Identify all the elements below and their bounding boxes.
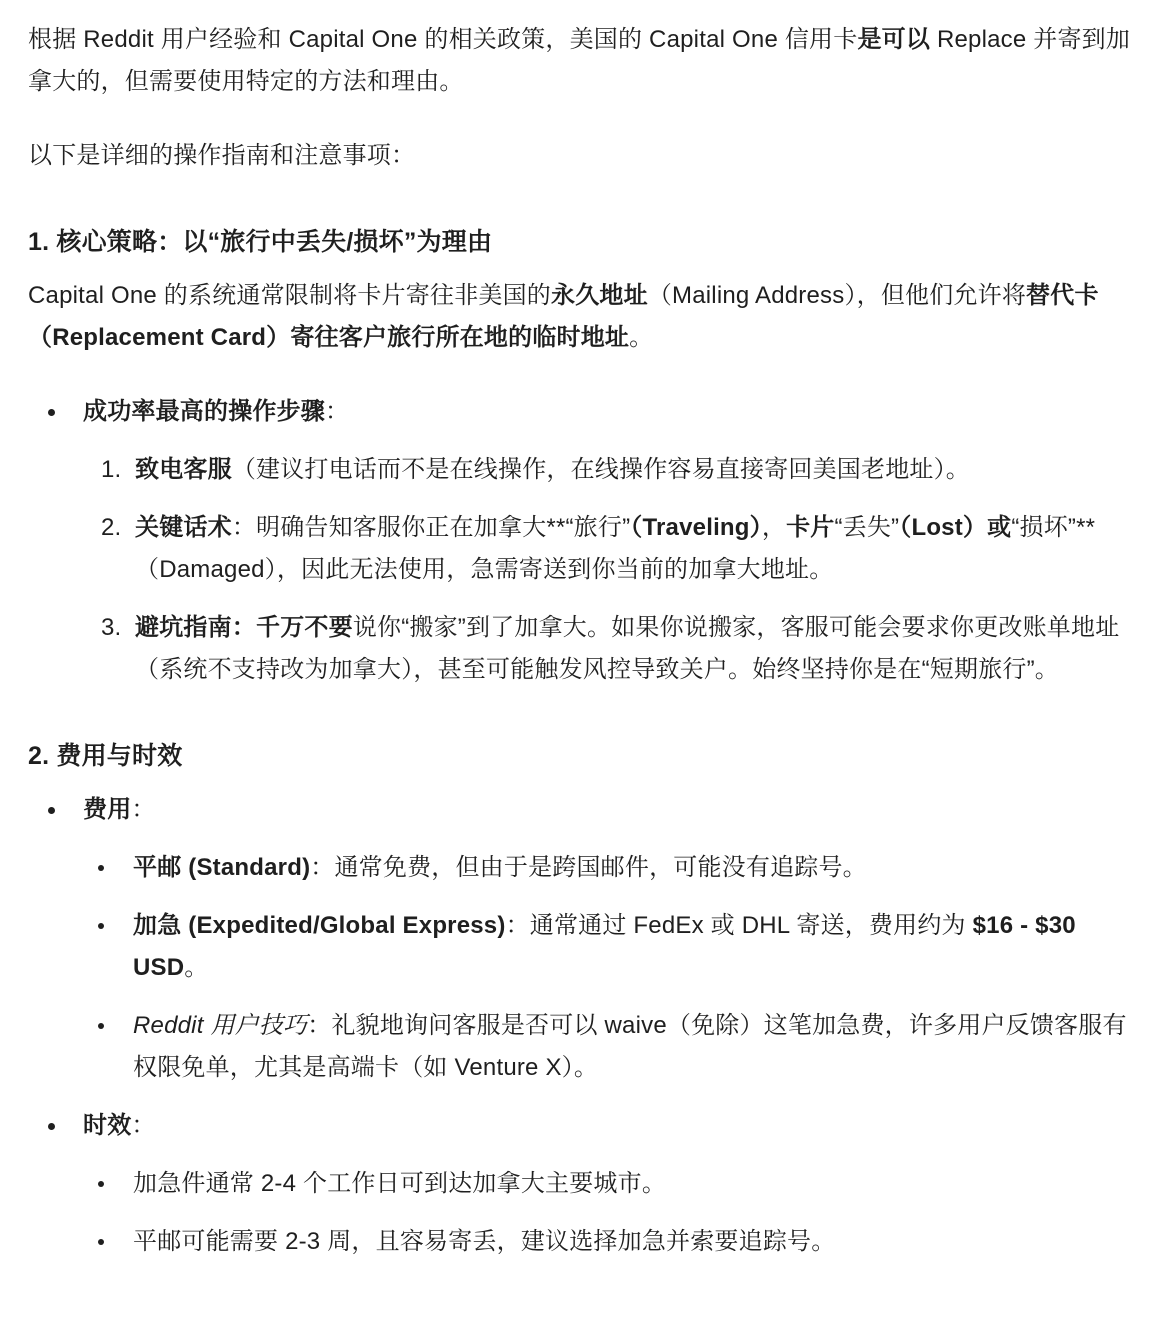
timing-item-standard: 平邮可能需要 2-3 周，且容易寄丢，建议选择加急并索要追踪号。 <box>83 1221 1140 1263</box>
bold-text: 是可以 <box>857 26 930 53</box>
text-segment: 根据 Reddit 用户经验和 Capital One 的相关政策，美国的 Ca… <box>28 26 857 53</box>
steps-ordered-list: 1.致电客服（建议打电话而不是在线操作，在线操作容易直接寄回美国老地址）。 2.… <box>83 449 1140 691</box>
text-segment: ：通常通过 FedEx 或 DHL 寄送，费用约为 <box>506 912 973 939</box>
bold-text: 卡片 <box>786 514 834 541</box>
fees-sublist: 平邮 (Standard)：通常免费，但由于是跨国邮件，可能没有追踪号。 加急 … <box>83 847 1140 1089</box>
text-segment: ， <box>762 514 786 541</box>
list-number: 1. <box>101 449 121 491</box>
text-segment: （建议打电话而不是在线操作，在线操作容易直接寄回美国老地址）。 <box>232 456 970 483</box>
fees-label: 费用 <box>83 796 131 823</box>
fee-item-standard: 平邮 (Standard)：通常免费，但由于是跨国邮件，可能没有追踪号。 <box>83 847 1140 889</box>
steps-label: 成功率最高的操作步骤 <box>83 398 325 425</box>
step-item-1: 1.致电客服（建议打电话而不是在线操作，在线操作容易直接寄回美国老地址）。 <box>83 449 1140 491</box>
bold-text: 平邮 (Standard) <box>133 854 310 881</box>
section-1-list: 成功率最高的操作步骤： 1.致电客服（建议打电话而不是在线操作，在线操作容易直接… <box>28 391 1140 691</box>
timing-item-expedited: 加急件通常 2-4 个工作日可到达加拿大主要城市。 <box>83 1163 1140 1205</box>
policy-paragraph: Capital One 的系统通常限制将卡片寄往非美国的永久地址（Mailing… <box>28 275 1140 359</box>
bold-text: （Traveling） <box>630 514 762 541</box>
text-segment: 。 <box>629 324 653 351</box>
step-item-2: 2.关键话术：明确告知客服你正在加拿大**“旅行”（Traveling），卡片“… <box>83 507 1140 591</box>
bold-text: 关键话术 <box>135 514 232 541</box>
text-segment: 。 <box>184 954 208 981</box>
text-segment: “丢失” <box>834 514 899 541</box>
timing-sublist: 加急件通常 2-4 个工作日可到达加拿大主要城市。 平邮可能需要 2-3 周，且… <box>83 1163 1140 1263</box>
fee-item-reddit-tip: Reddit 用户技巧：礼貌地询问客服是否可以 waive（免除）这笔加急费，许… <box>83 1005 1140 1089</box>
italic-text: Reddit 用户技巧 <box>133 1012 307 1039</box>
list-number: 3. <box>101 607 121 649</box>
list-number: 2. <box>101 507 121 549</box>
fee-item-expedited: 加急 (Expedited/Global Express)：通常通过 FedEx… <box>83 905 1140 989</box>
list-item-fees: 费用： 平邮 (Standard)：通常免费，但由于是跨国邮件，可能没有追踪号。… <box>28 789 1140 1089</box>
bold-text: （Lost）或 <box>899 514 1011 541</box>
text-segment: （Mailing Address），但他们允许将 <box>648 282 1026 309</box>
bold-text: 避坑指南：千万不要 <box>135 614 353 641</box>
section-1-heading: 1. 核心策略：以“旅行中丢失/损坏”为理由 <box>28 221 1140 263</box>
bold-text: 加急 (Expedited/Global Express) <box>133 912 506 939</box>
text-segment: Capital One 的系统通常限制将卡片寄往非美国的 <box>28 282 551 309</box>
lead-in-paragraph: 以下是详细的操作指南和注意事项： <box>28 135 1140 177</box>
bold-text: 致电客服 <box>135 456 232 483</box>
timing-label: 时效 <box>83 1112 131 1139</box>
response-document: 根据 Reddit 用户经验和 Capital One 的相关政策，美国的 Ca… <box>0 0 1168 1325</box>
section-2-list: 费用： 平邮 (Standard)：通常免费，但由于是跨国邮件，可能没有追踪号。… <box>28 789 1140 1263</box>
section-2-heading: 2. 费用与时效 <box>28 735 1140 777</box>
text-segment: ： <box>131 796 155 823</box>
bold-text: 永久地址 <box>551 282 648 309</box>
list-item-steps: 成功率最高的操作步骤： 1.致电客服（建议打电话而不是在线操作，在线操作容易直接… <box>28 391 1140 691</box>
step-item-3: 3.避坑指南：千万不要说你“搬家”到了加拿大。如果你说搬家，客服可能会要求你更改… <box>83 607 1140 691</box>
intro-paragraph: 根据 Reddit 用户经验和 Capital One 的相关政策，美国的 Ca… <box>28 19 1140 103</box>
text-segment: ：明确告知客服你正在加拿大**“旅行” <box>232 514 630 541</box>
text-segment: ：通常免费，但由于是跨国邮件，可能没有追踪号。 <box>310 854 867 881</box>
list-item-timing: 时效： 加急件通常 2-4 个工作日可到达加拿大主要城市。 平邮可能需要 2-3… <box>28 1105 1140 1263</box>
text-segment: ： <box>325 398 349 425</box>
text-segment: ： <box>131 1112 155 1139</box>
